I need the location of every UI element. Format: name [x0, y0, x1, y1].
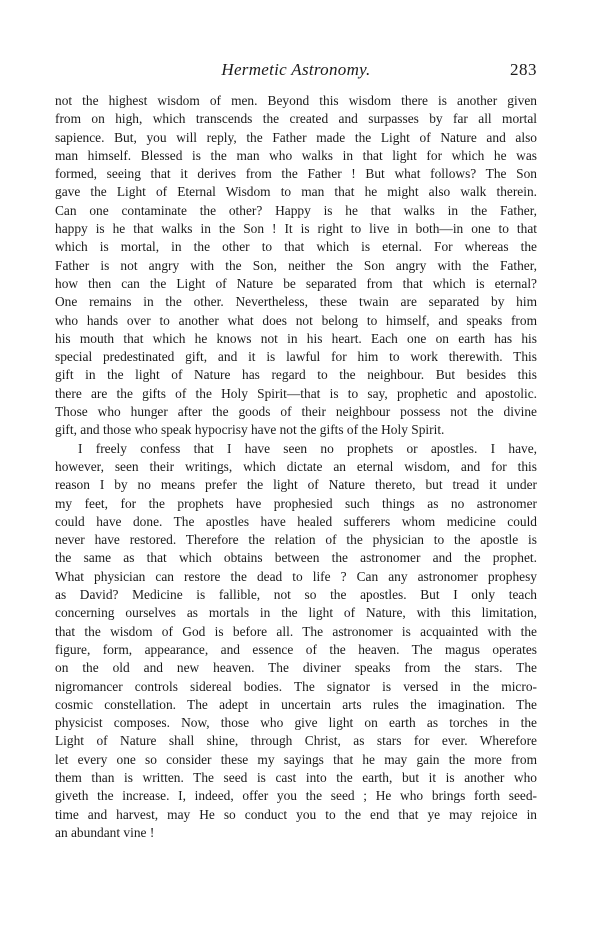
text-line: giveth the increase. I, indeed, offer yo…	[55, 787, 537, 805]
text-line: formed, seeing that it derives from the …	[55, 165, 537, 183]
text-line: time and harvest, may He so conduct you …	[55, 806, 537, 824]
text-line: Father is not angry with the Son, neithe…	[55, 257, 537, 275]
text-line: the same as that which obtains between t…	[55, 549, 537, 567]
text-line: his mouth that which he knows not in his…	[55, 330, 537, 348]
text-line: reason I by no means prefer the light of…	[55, 476, 537, 494]
paragraph-1: not the highest wisdom of men. Beyond th…	[55, 92, 537, 440]
text-line: which is mortal, in the other to that wh…	[55, 238, 537, 256]
text-line: sapience. But, you will reply, the Fathe…	[55, 129, 537, 147]
text-line: figure, form, appearance, and essence of…	[55, 641, 537, 659]
text-line: nigromancer controls sidereal bodies. Th…	[55, 678, 537, 696]
body-text: not the highest wisdom of men. Beyond th…	[55, 92, 537, 842]
text-line: One remains in the other. Nevertheless, …	[55, 293, 537, 311]
text-line: special predestinated gift, and it is la…	[55, 348, 537, 366]
text-line: gift in the light of Nature has regard t…	[55, 366, 537, 384]
text-line: how then can the Light of Nature be sepa…	[55, 275, 537, 293]
text-line: What physician can restore the dead to l…	[55, 568, 537, 586]
text-line: as David? Medicine is fallible, not so t…	[55, 586, 537, 604]
text-line: Can one contaminate the other? Happy is …	[55, 202, 537, 220]
text-line: my feet, for the prophets have prophesie…	[55, 495, 537, 513]
text-line: them than is written. The seed is cast i…	[55, 769, 537, 787]
text-line: who hands over to another what does not …	[55, 312, 537, 330]
text-line: could have done. The apostles have heale…	[55, 513, 537, 531]
text-line: physicist composes. Now, those who give …	[55, 714, 537, 732]
page-number: 283	[510, 60, 537, 80]
paragraph-2: I freely confess that I have seen no pro…	[55, 440, 537, 843]
book-page: Hermetic Astronomy. 283 not the highest …	[0, 0, 591, 950]
text-line: from on high, which transcends the creat…	[55, 110, 537, 128]
text-line: there are the gifts of the Holy Spirit—t…	[55, 385, 537, 403]
running-title: Hermetic Astronomy.	[55, 60, 537, 80]
text-line: man himself. Blessed is the man who walk…	[55, 147, 537, 165]
text-line: however, seen their writings, which dict…	[55, 458, 537, 476]
text-line: on the old and new heaven. The diviner s…	[55, 659, 537, 677]
text-line: Those who hunger after the goods of thei…	[55, 403, 537, 421]
text-line: never have restored. Therefore the relat…	[55, 531, 537, 549]
text-line: let every one so consider these my sayin…	[55, 751, 537, 769]
text-line: cosmic constellation. The adept in uncer…	[55, 696, 537, 714]
text-line: I freely confess that I have seen no pro…	[55, 440, 537, 458]
text-line: an abundant vine !	[55, 824, 537, 842]
text-line: concerning ourselves as mortals in the l…	[55, 604, 537, 622]
text-line: Light of Nature shall shine, through Chr…	[55, 732, 537, 750]
text-line: that the wisdom of God is before all. Th…	[55, 623, 537, 641]
text-line: gave the Light of Eternal Wisdom to man …	[55, 183, 537, 201]
text-line: happy is he that walks in the Son ! It i…	[55, 220, 537, 238]
text-line: gift, and those who speak hypocrisy have…	[55, 421, 537, 439]
text-line: not the highest wisdom of men. Beyond th…	[55, 92, 537, 110]
running-head: Hermetic Astronomy. 283	[55, 60, 537, 84]
